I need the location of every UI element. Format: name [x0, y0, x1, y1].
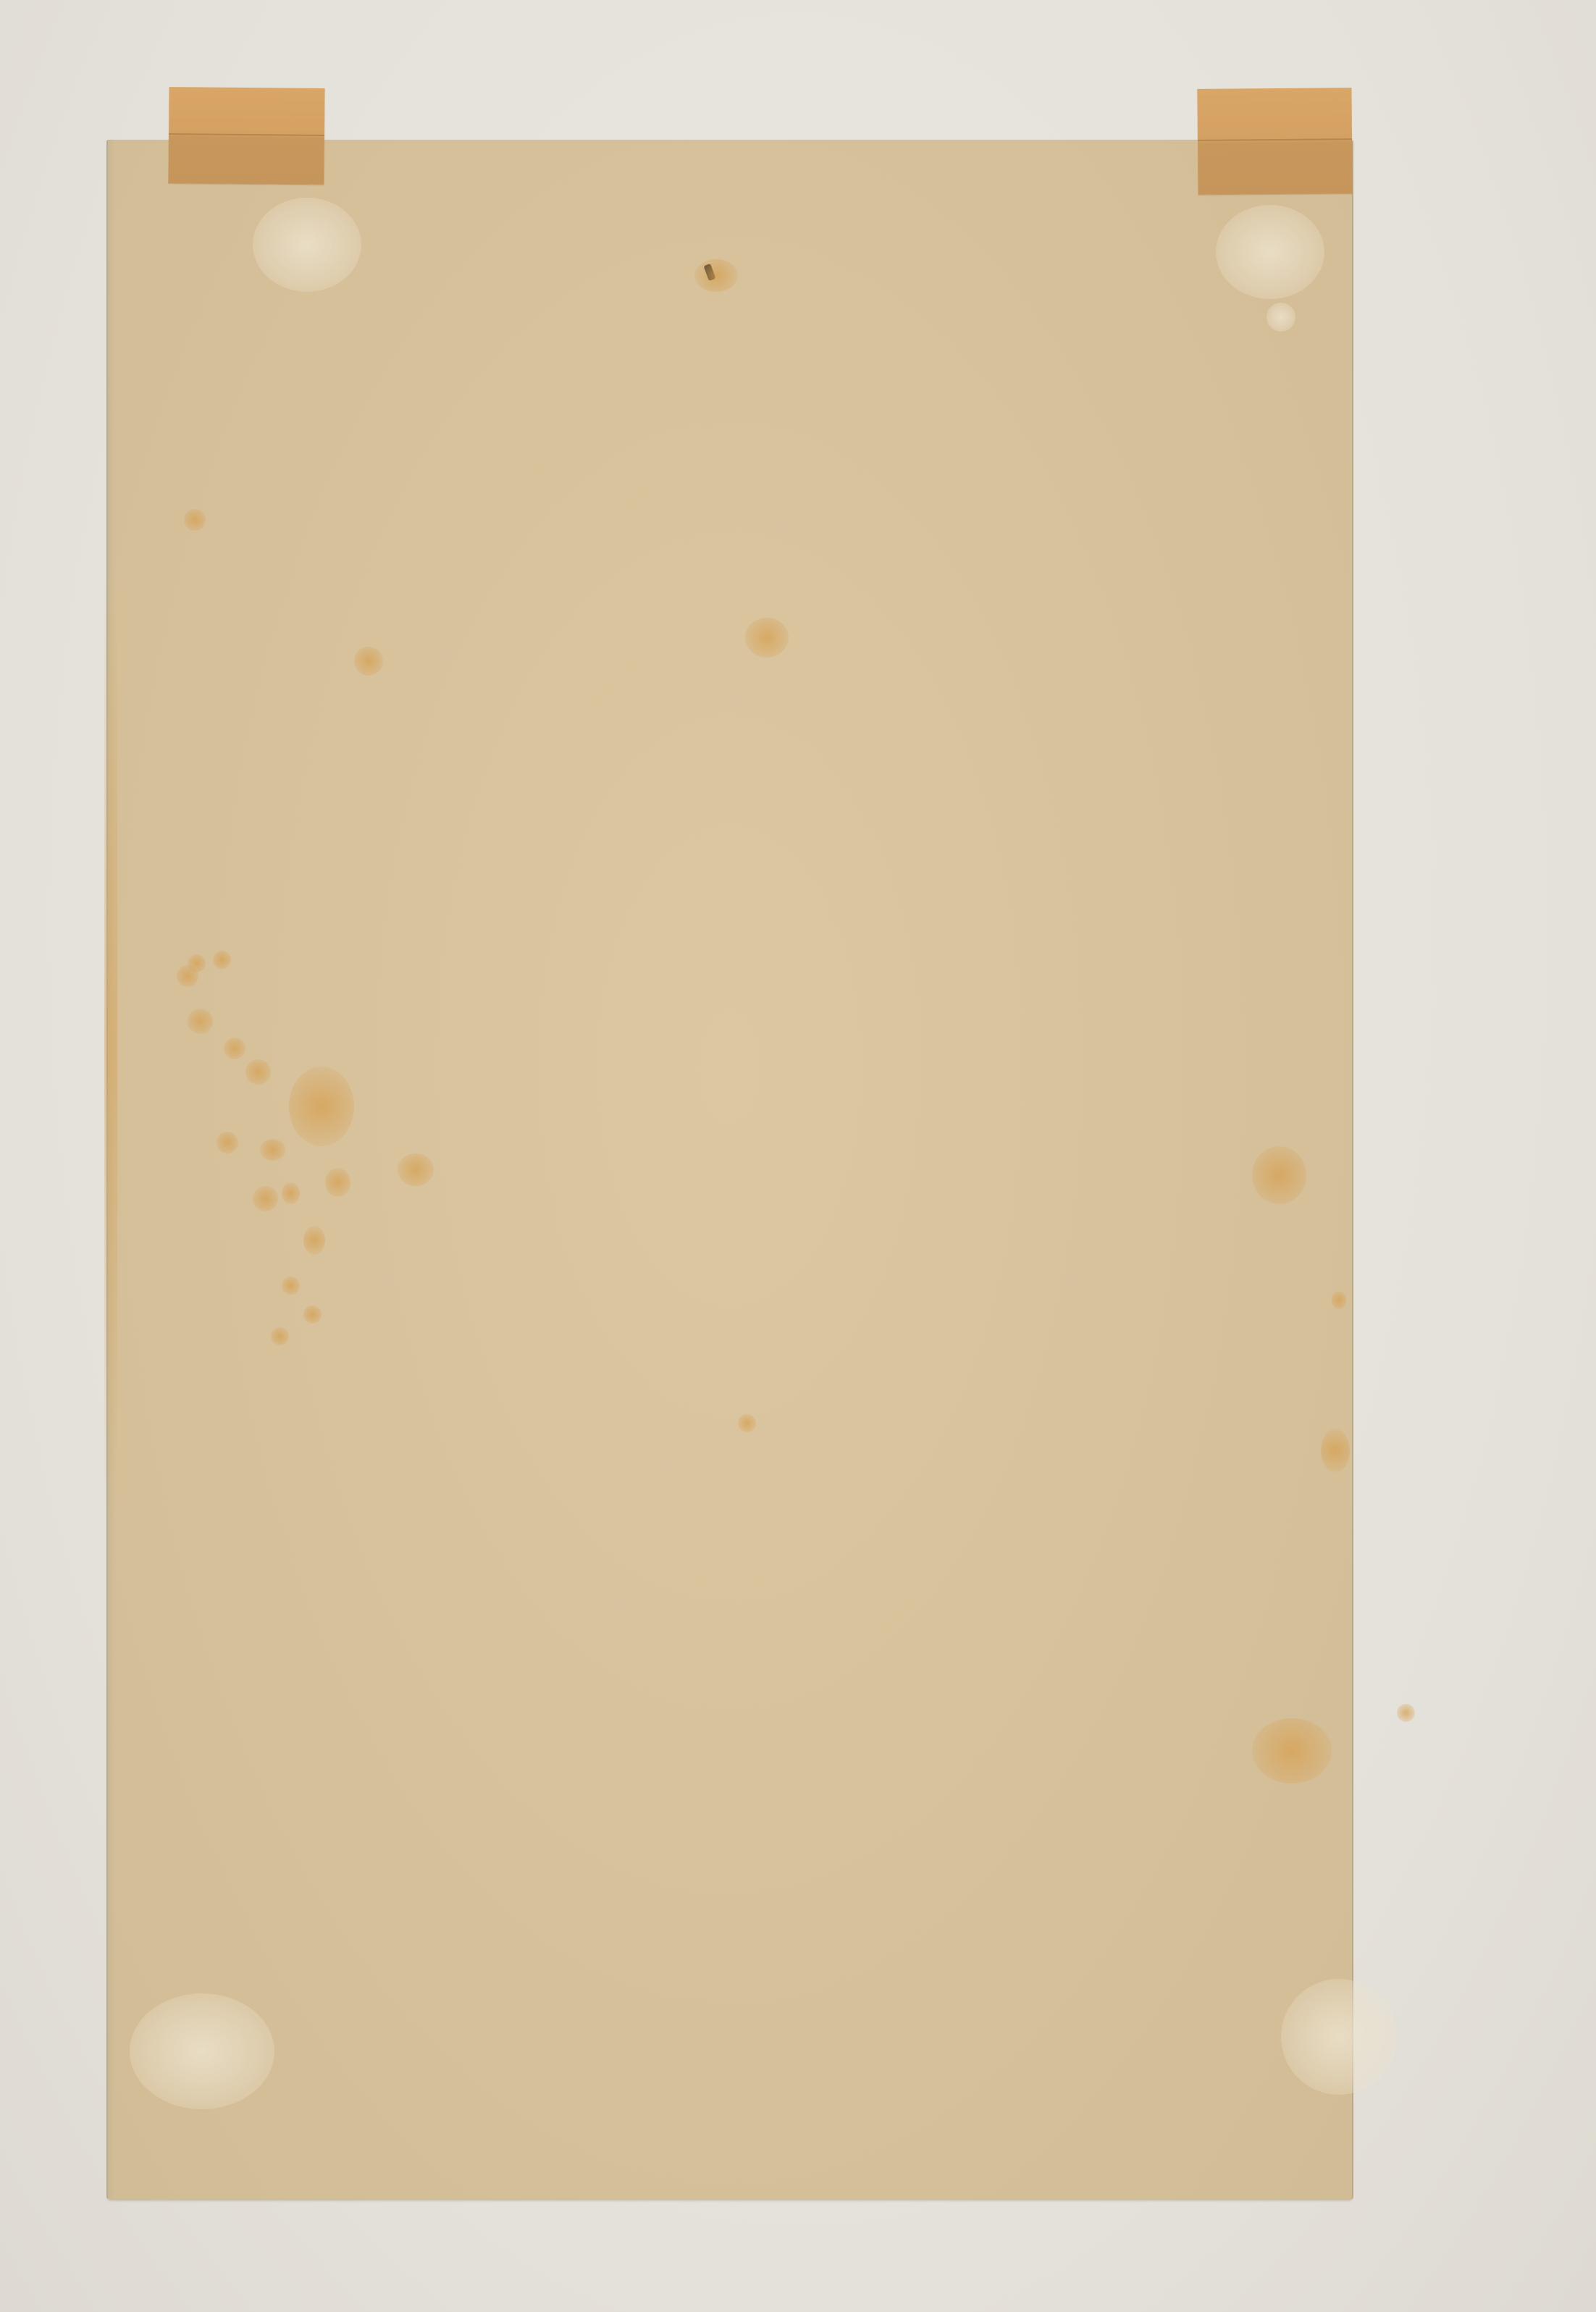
foxing-stain [245, 1059, 271, 1085]
foxing-stain [282, 1182, 300, 1204]
foxing-stain [213, 951, 231, 969]
foxing-stain [271, 1327, 289, 1345]
foxing-stain [224, 1038, 245, 1059]
foxing-stain [303, 1226, 325, 1255]
foxing-stain [253, 1186, 278, 1211]
foxing-stain [217, 1132, 238, 1153]
foxing-stain [282, 1277, 300, 1295]
foxing-stain [303, 1306, 322, 1324]
edge-stain [104, 574, 117, 1516]
foxing-stain [398, 1153, 434, 1186]
foxing-stain [1397, 1704, 1415, 1722]
foxing-stain [1321, 1429, 1350, 1472]
foxing-stain [738, 1414, 756, 1432]
pale-blotch-top-left [253, 198, 361, 292]
tape-strip-top-right [1197, 88, 1352, 195]
foxing-stain [1332, 1291, 1346, 1309]
foxing-stain [745, 618, 789, 657]
foxing-stain [354, 647, 383, 676]
pale-blotch-top-right-small [1267, 303, 1295, 332]
pale-blotch-bottom-right [1281, 1979, 1397, 2095]
pale-blotch-bottom-left [130, 1993, 274, 2109]
paper-sheet [108, 140, 1352, 2199]
tape-strip-top-left [168, 87, 324, 185]
foxing-stain [188, 954, 206, 972]
foxing-stain [184, 509, 206, 531]
foxing-stain [289, 1067, 354, 1146]
foxing-stain [325, 1168, 350, 1197]
foxing-stain [1252, 1146, 1306, 1204]
pale-blotch-top-right [1216, 205, 1324, 299]
foxing-stain [188, 1009, 213, 1034]
foxing-stain [694, 259, 738, 292]
foxing-stain [1252, 1718, 1332, 1783]
foxing-stain [260, 1139, 285, 1161]
